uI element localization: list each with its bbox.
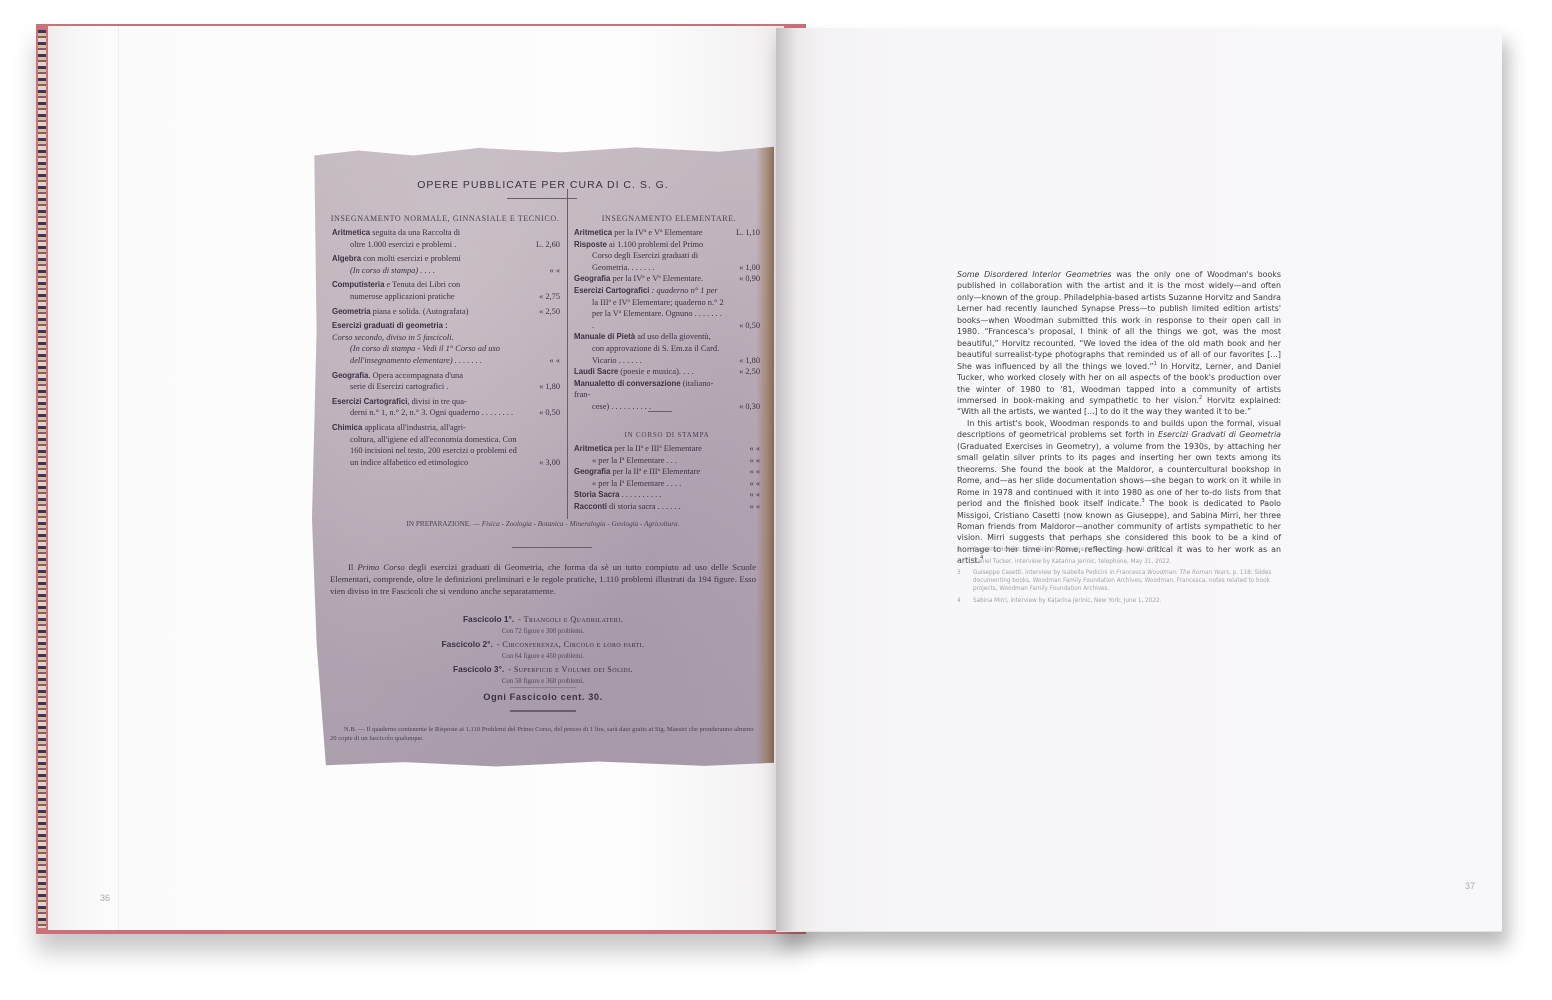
- essay-text: Some Disordered Interior Geometries was …: [957, 269, 1281, 567]
- catalog-entry: Geografia per la IIª e IIIª Elementare« …: [574, 466, 760, 478]
- left-column-entries: Aritmetica seguita da una Raccolta diolt…: [332, 227, 560, 471]
- antique-page-title: OPERE PUBBLICATE PER CURA DI C. S. G.: [312, 179, 774, 191]
- essay-paragraph-2: In this artist's book, Woodman responds …: [957, 418, 1281, 567]
- footnote: 2Daniel Tucker, interview by Katarina Je…: [957, 558, 1287, 566]
- section-rule: [510, 710, 576, 712]
- fascicolo-3: Fascicolo 3°. - Superficie e Volume dei …: [312, 659, 774, 685]
- page-edges: [48, 26, 119, 930]
- page-number-right: 37: [1465, 881, 1475, 891]
- catalog-entry: Algebra con molti esercizi e problemi(In…: [332, 253, 560, 276]
- catalog-entry: Storia Sacra . . . . . . . . . .« «: [574, 489, 760, 501]
- catalog-entry: Esercizi graduati di geometria :: [332, 320, 560, 332]
- catalog-entry: « per la Iª Elementare . . .« «: [574, 455, 760, 467]
- essay-paragraph-1: Some Disordered Interior Geometries was …: [957, 269, 1281, 418]
- fascicolo-1: Fascicolo 1°. - Triangoli e Quadrilateri…: [312, 609, 774, 635]
- page-number-left: 36: [100, 893, 110, 903]
- catalog-entry: Geografia. Opera accompagnata d'unaserie…: [332, 370, 560, 393]
- antique-book-page: OPERE PUBBLICATE PER CURA DI C. S. G. IN…: [312, 143, 774, 769]
- catalog-entry: Geometria piana e solida. (Autografata)«…: [332, 306, 560, 318]
- price-line: Ogni Fascicolo cent. 30.: [312, 692, 774, 702]
- section-rule: [648, 411, 672, 412]
- right-column-entries: Aritmetica per la IVª e Vª ElementareL. …: [574, 227, 760, 413]
- catalog-entry: Corso secondo, diviso in 5 fascicoli.(In…: [332, 332, 560, 367]
- footnote: 4Sabina Mirri, interview by Katarina Jer…: [957, 597, 1287, 605]
- in-preparation-line: IN PREPARAZIONE. — Fisica - Zoologia - B…: [312, 520, 774, 528]
- gutter-shadow: [776, 28, 796, 931]
- catalog-entry: Aritmetica per la IVª e Vª ElementareL. …: [574, 227, 760, 239]
- catalog-entry: Laudi Sacre (poesie e musica). . . .« 2,…: [574, 366, 760, 378]
- footnote: 3Guiseppe Casetti, interview by Isabella…: [957, 569, 1287, 593]
- fascicolo-2: Fascicolo 2°. - Circonferenza, Circolo e…: [312, 634, 774, 660]
- catalog-entry: Aritmetica per la IIª e IIIª Elementare«…: [574, 443, 760, 455]
- catalog-entry: « per la Iª Elementare . . . .« «: [574, 478, 760, 490]
- footnotes: 1Suzanne Horvitz, interview by Katarina …: [957, 546, 1287, 608]
- in-press-heading: IN CORSO DI STAMPA: [574, 431, 760, 439]
- catalog-entry: Geografia per la IVª e Vª Elementare.« 0…: [574, 273, 760, 285]
- left-column-heading: INSEGNAMENTO NORMALE, GINNASIALE E TECNI…: [330, 214, 560, 223]
- section-rule: [512, 547, 592, 548]
- catalog-entry: Esercizi Cartografici, divisi in tre qua…: [332, 396, 560, 419]
- catalog-entry: Esercizi Cartografici : quaderno n° 1 pe…: [574, 285, 760, 331]
- section-rule: [510, 687, 576, 688]
- footnote: 1Suzanne Horvitz, interview by Katarina …: [957, 546, 1287, 554]
- nota-bene: N.B. — Il quaderno contenente le Rispost…: [330, 725, 756, 743]
- catalog-entry: Aritmetica seguita da una Raccolta diolt…: [332, 227, 560, 250]
- catalog-entry: Racconti di storia sacra . . . . . .« «: [574, 501, 760, 513]
- catalog-entry: Chimica applicata all'industria, all'agr…: [332, 422, 560, 468]
- catalog-entry: Risposte ai 1.100 problemi del PrimoCors…: [574, 239, 760, 274]
- catalog-entry: Manuale di Pietà ad uso della gioventù,c…: [574, 331, 760, 366]
- column-divider: [567, 189, 568, 519]
- catalog-entry: Computisteria e Tenuta dei Libri connume…: [332, 279, 560, 302]
- catalog-entry: Manualetto di conversazione (italiano-fr…: [574, 378, 760, 413]
- right-column-heading: INSEGNAMENTO ELEMENTARE.: [574, 214, 764, 223]
- cover-marbled-edge: [38, 30, 46, 928]
- in-press-entries: Aritmetica per la IIª e IIIª Elementare«…: [574, 443, 760, 513]
- antique-paragraph: Il Primo Corso degli esercizi graduati d…: [330, 561, 756, 598]
